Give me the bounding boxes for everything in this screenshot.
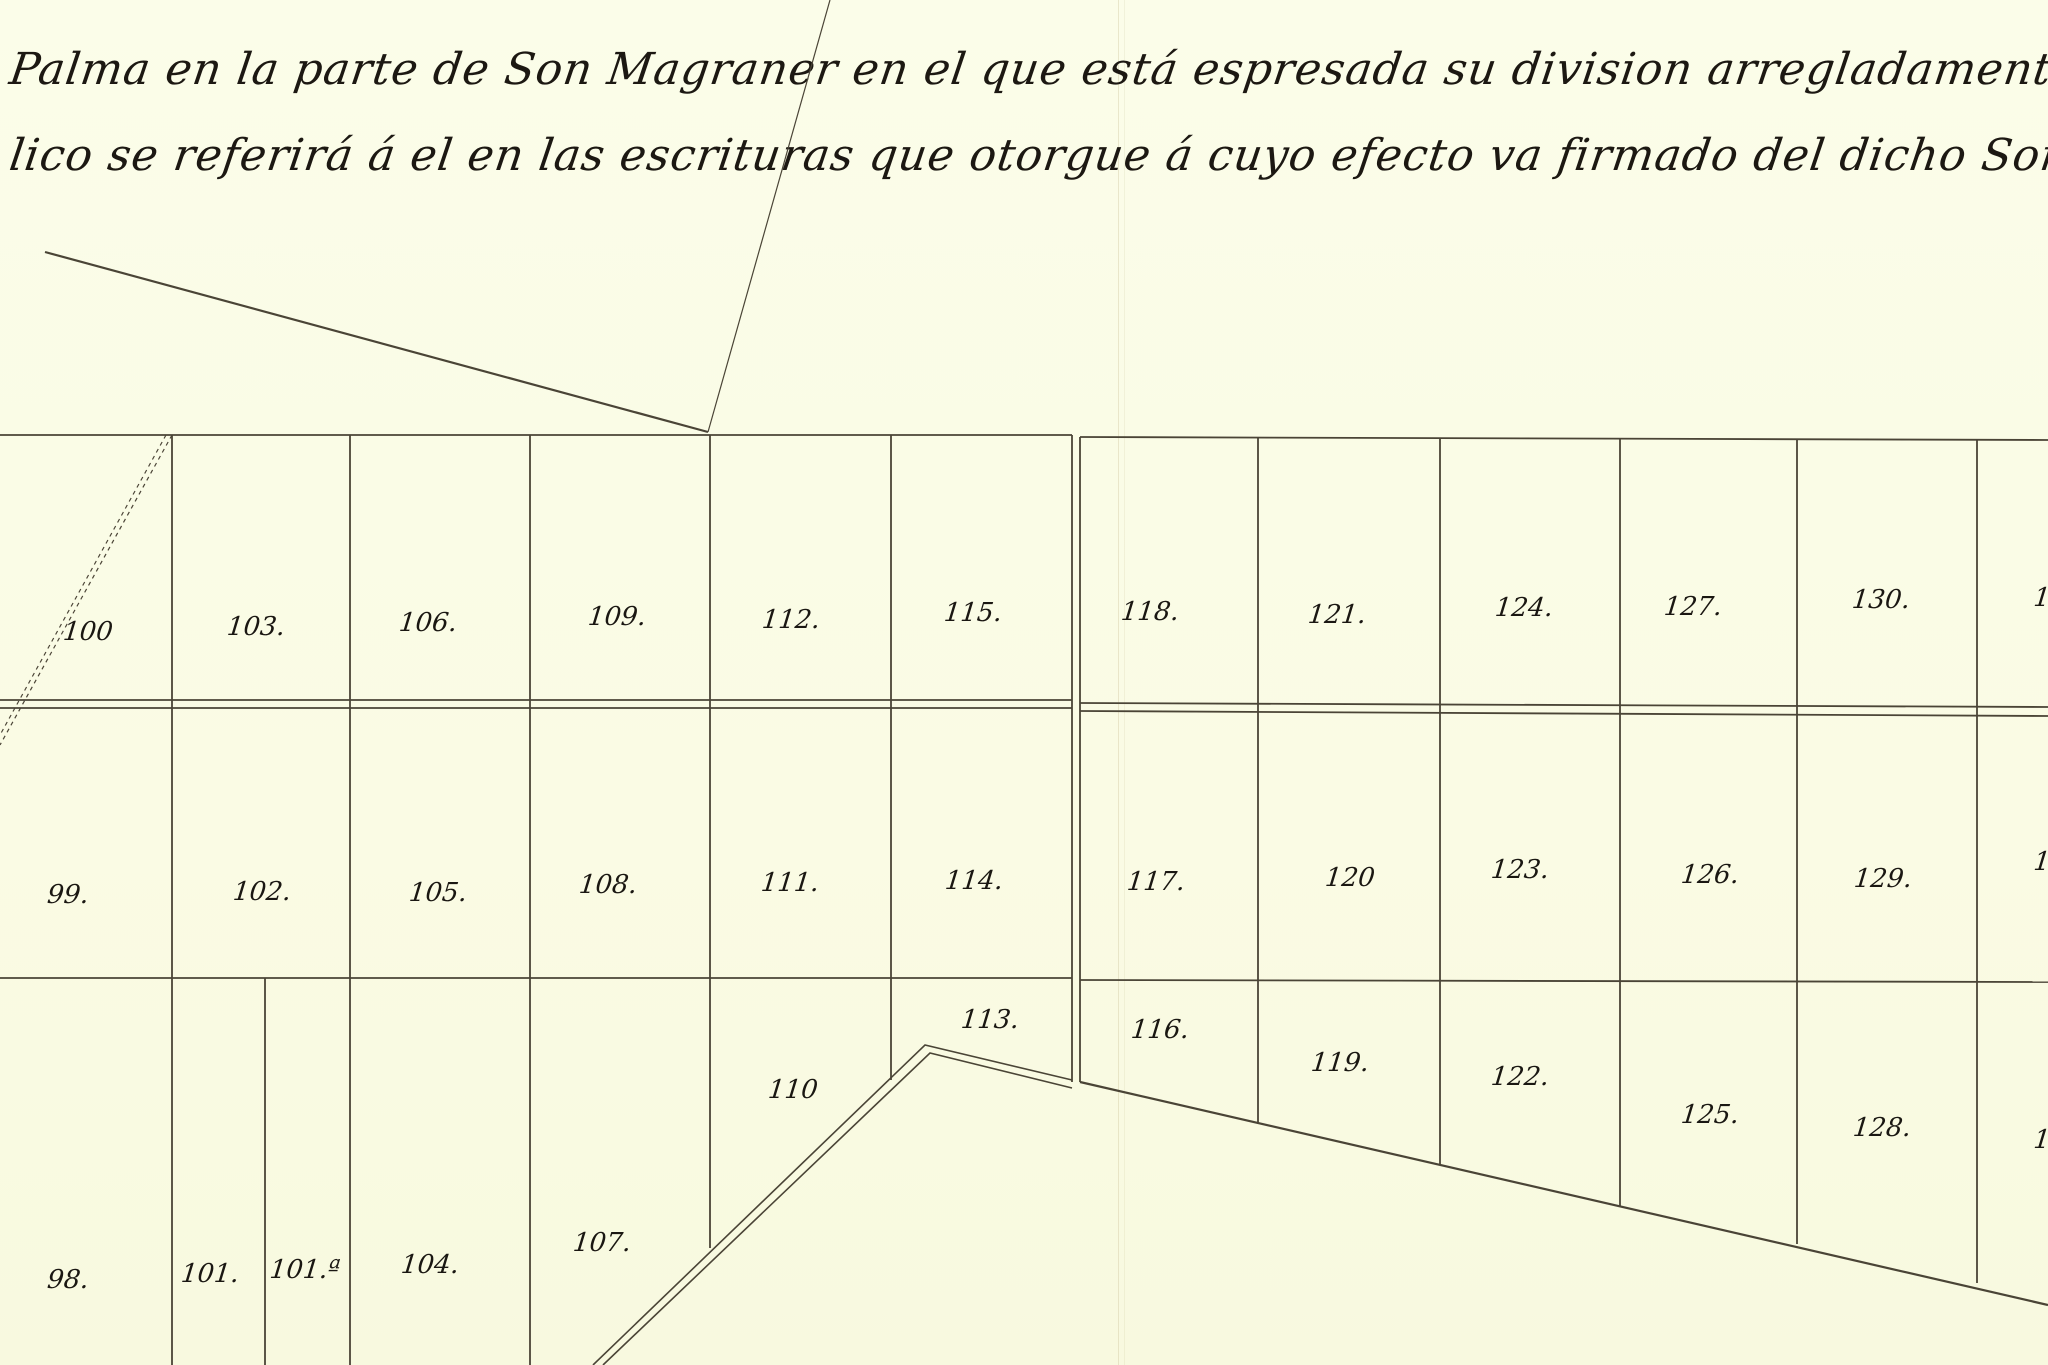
- parcel-number-label: 122.: [1489, 1062, 1550, 1092]
- parcel-number-label: 107.: [571, 1228, 632, 1258]
- parcel-number-label: 100: [62, 617, 115, 647]
- parcel-number-label: 101.: [179, 1259, 240, 1289]
- parcel-number-label: 99.: [46, 880, 91, 910]
- parcel-number-label: 127.: [1662, 592, 1723, 622]
- parcel-number-label: 119.: [1309, 1048, 1370, 1078]
- parcel-number-label: 115.: [942, 598, 1003, 628]
- parcel-number-label: 129.: [1852, 864, 1913, 894]
- parcel-number-label: 1: [2032, 583, 2048, 613]
- parcel-number-label: 130.: [1850, 585, 1911, 615]
- parcel-number-label: 116.: [1129, 1015, 1190, 1045]
- parcel-number-label: 110: [767, 1075, 820, 1105]
- parcel-number-label: 112.: [760, 605, 821, 635]
- parcel-number-label: 103.: [225, 612, 286, 642]
- parcel-number-label: 102.: [231, 877, 292, 907]
- parcel-number-label: 109.: [586, 602, 647, 632]
- parcel-number-label: 114.: [943, 866, 1004, 896]
- parcel-number-label: 106.: [397, 608, 458, 638]
- parcel-number-label: 101.ª: [268, 1255, 341, 1285]
- parcel-number-label: 117.: [1125, 867, 1186, 897]
- parcel-number-label: 108.: [577, 870, 638, 900]
- parcel-number-label: 104.: [399, 1250, 460, 1280]
- parcel-number-label: 111.: [759, 868, 820, 898]
- parcel-number-label: 126.: [1679, 860, 1740, 890]
- parcel-number-label: 120: [1324, 863, 1377, 893]
- parcel-number-label: 125.: [1679, 1100, 1740, 1130]
- parcel-number-label: 113.: [959, 1005, 1020, 1035]
- parcel-number-label: 128.: [1851, 1113, 1912, 1143]
- parcel-number-label: 123.: [1489, 855, 1550, 885]
- parcel-number-label: 118.: [1119, 597, 1180, 627]
- parcel-number-label: 105.: [407, 878, 468, 908]
- parcel-plan-lines: [0, 0, 2048, 1365]
- parcel-number-label: 121.: [1306, 600, 1367, 630]
- parcel-number-label: 124.: [1493, 593, 1554, 623]
- parcel-number-label: 1: [2032, 1125, 2048, 1155]
- parcel-number-label: 98.: [46, 1265, 91, 1295]
- parcel-number-label: 1: [2032, 847, 2048, 877]
